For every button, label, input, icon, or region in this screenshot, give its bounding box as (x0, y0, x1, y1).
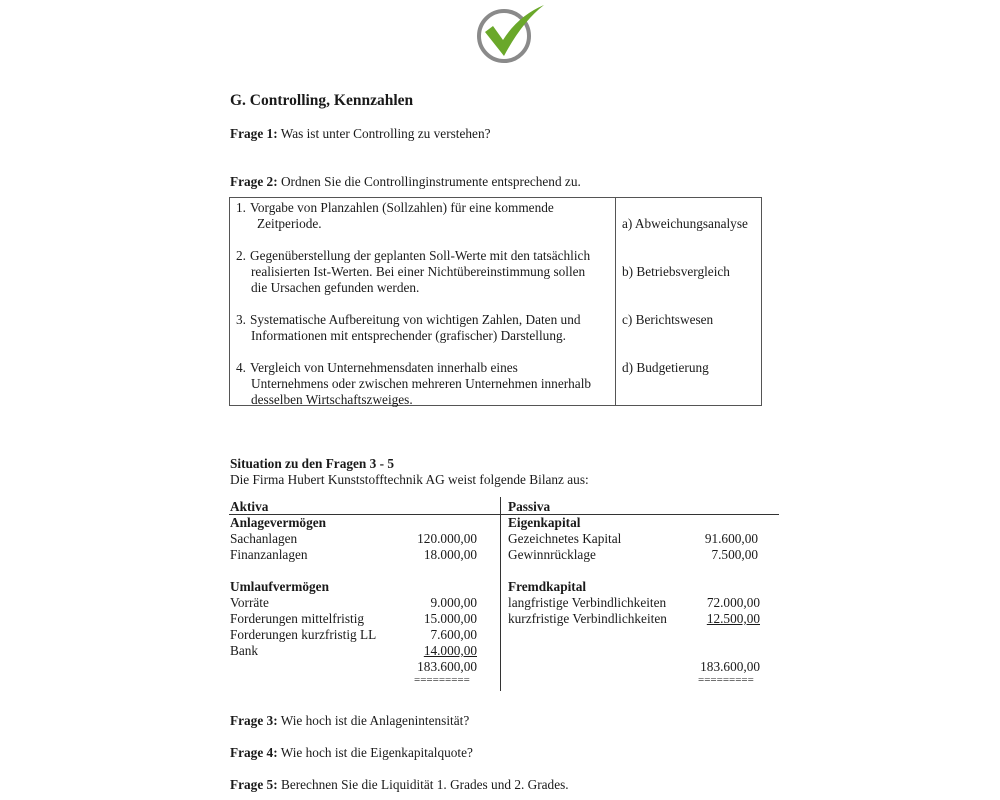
question-3-text: Wie hoch ist die Anlagenintensität? (278, 713, 470, 728)
item-number: 1. (236, 200, 250, 216)
item-line: desselben Wirtschaftszweiges. (236, 392, 608, 408)
passiva-row-label: Gewinnrücklage (508, 547, 596, 563)
question-2-text: Ordnen Sie die Controllinginstrumente en… (278, 174, 581, 189)
passiva-row-value: 7.500,00 (658, 547, 758, 563)
question-1: Frage 1: Was ist unter Controlling zu ve… (230, 126, 491, 142)
aktiva-row-label: Vorräte (230, 595, 269, 611)
question-4-text: Wie hoch ist die Eigenkapitalquote? (278, 745, 473, 760)
question-5-label: Frage 5: (230, 777, 278, 792)
passiva-row-value: 72.000,00 (660, 595, 760, 611)
passiva-header: Passiva (508, 499, 550, 515)
passiva-row-label: Gezeichnetes Kapital (508, 531, 621, 547)
question-5-text: Berechnen Sie die Liquidität 1. Grades u… (278, 777, 569, 792)
aktiva-header: Aktiva (230, 499, 268, 515)
option-d: d) Budgetierung (622, 360, 709, 376)
question-2-label: Frage 2: (230, 174, 278, 189)
fremdkapital-heading: Fremdkapital (508, 579, 586, 595)
question-1-text: Was ist unter Controlling zu verstehen? (278, 126, 491, 141)
passiva-row-label: kurzfristige Verbindlichkeiten (508, 611, 667, 627)
question-3: Frage 3: Wie hoch ist die Anlagenintensi… (230, 713, 469, 729)
assignment-table: 1.Vorgabe von Planzahlen (Sollzahlen) fü… (229, 197, 762, 406)
question-5: Frage 5: Berechnen Sie die Liquidität 1.… (230, 777, 569, 793)
item-line: Vergleich von Unternehmensdaten innerhal… (250, 360, 518, 375)
item-line: die Ursachen gefunden werden. (236, 280, 608, 296)
question-4: Frage 4: Wie hoch ist die Eigenkapitalqu… (230, 745, 473, 761)
situation-text: Die Firma Hubert Kunststofftechnik AG we… (230, 472, 589, 488)
section-title: G. Controlling, Kennzahlen (230, 92, 413, 110)
aktiva-row-label: Bank (230, 643, 258, 659)
aktiva-double-line: ========= (414, 674, 470, 686)
passiva-total: 183.600,00 (660, 659, 760, 675)
aktiva-row-value: 7.600,00 (377, 627, 477, 643)
item-number: 4. (236, 360, 250, 376)
question-2: Frage 2: Ordnen Sie die Controllinginstr… (230, 174, 581, 190)
passiva-row-value: 91.600,00 (658, 531, 758, 547)
aktiva-row-label: Sachanlagen (230, 531, 297, 547)
aktiva-row-label: Forderungen kurzfristig LL (230, 627, 376, 643)
situation-heading: Situation zu den Fragen 3 - 5 (230, 456, 394, 472)
aktiva-row-value: 18.000,00 (377, 547, 477, 563)
option-c: c) Berichtswesen (622, 312, 713, 328)
umlaufvermoegen-heading: Umlaufvermögen (230, 579, 329, 595)
passiva-double-line: ========= (698, 674, 754, 686)
anlagevermoegen-heading: Anlagevermögen (230, 515, 326, 531)
aktiva-row-label: Finanzanlagen (230, 547, 308, 563)
balance-center-line (500, 497, 501, 691)
option-b: b) Betriebsvergleich (622, 264, 730, 280)
question-1-label: Frage 1: (230, 126, 278, 141)
aktiva-row-value: 15.000,00 (377, 611, 477, 627)
question-4-label: Frage 4: (230, 745, 278, 760)
item-line: Informationen mit entsprechender (grafis… (236, 328, 608, 344)
checkmark-circle-icon (474, 2, 546, 64)
aktiva-row-value: 120.000,00 (377, 531, 477, 547)
passiva-row-value: 12.500,00 (660, 611, 760, 627)
instrument-item-4: 4.Vergleich von Unternehmensdaten innerh… (236, 360, 608, 408)
item-number: 2. (236, 248, 250, 264)
item-line: Zeitperiode. (236, 216, 608, 232)
aktiva-row-value: 9.000,00 (377, 595, 477, 611)
aktiva-row-value: 14.000,00 (377, 643, 477, 659)
instrument-item-1: 1.Vorgabe von Planzahlen (Sollzahlen) fü… (236, 200, 608, 232)
item-line: realisierten Ist-Werten. Bei einer Nicht… (236, 264, 608, 280)
item-line: Unternehmens oder zwischen mehreren Unte… (236, 376, 608, 392)
question-3-label: Frage 3: (230, 713, 278, 728)
passiva-row-label: langfristige Verbindlichkeiten (508, 595, 666, 611)
table-divider (615, 198, 616, 405)
aktiva-total: 183.600,00 (377, 659, 477, 675)
instrument-item-3: 3.Systematische Aufbereitung von wichtig… (236, 312, 608, 344)
option-a: a) Abweichungsanalyse (622, 216, 748, 232)
item-line: Gegenüberstellung der geplanten Soll-Wer… (250, 248, 590, 263)
eigenkapital-heading: Eigenkapital (508, 515, 580, 531)
item-number: 3. (236, 312, 250, 328)
item-line: Vorgabe von Planzahlen (Sollzahlen) für … (250, 200, 554, 215)
instrument-item-2: 2.Gegenüberstellung der geplanten Soll-W… (236, 248, 608, 296)
item-line: Systematische Aufbereitung von wichtigen… (250, 312, 581, 327)
aktiva-row-label: Forderungen mittelfristig (230, 611, 364, 627)
